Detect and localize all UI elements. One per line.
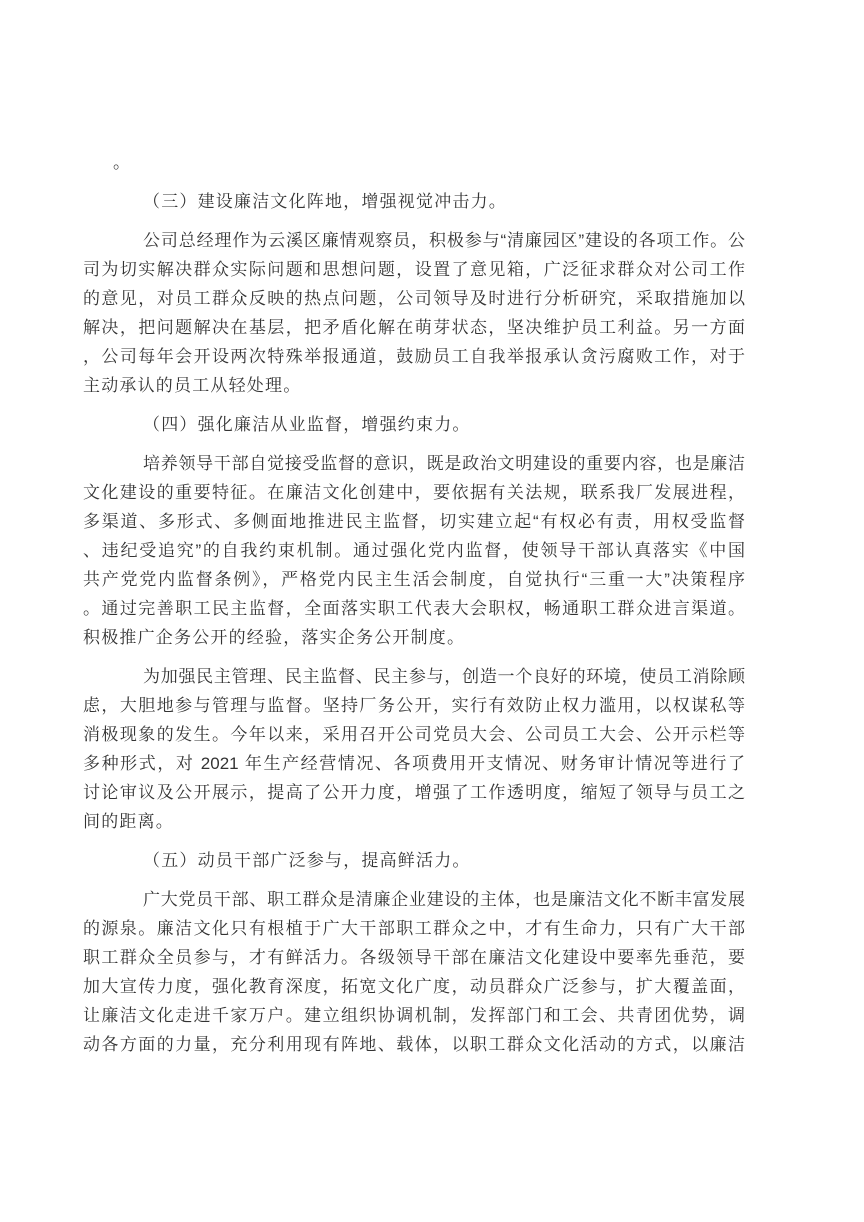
heading-text-line: （三）建设廉洁文化阵地，增强视觉冲击力。 xyxy=(83,187,745,216)
text-line: 。 xyxy=(83,148,745,177)
text-line: 积极推广企务公开的经验，落实企务公开制度。 xyxy=(83,623,745,652)
text-line: 公司总经理作为云溪区廉情观察员，积极参与“清廉园区”建设的各项工作。公 xyxy=(83,226,745,255)
text-line: 多渠道、多形式、多侧面地推进民主监督，切实建立起“有权必有责，用权受监督 xyxy=(83,507,745,536)
text-line: 广大党员干部、职工群众是清廉企业建设的主体，也是廉洁文化不断丰富发展 xyxy=(83,885,745,914)
text-line: 共产党党内监督条例》，严格党内民主生活会制度，自觉执行“三重一大”决策程序 xyxy=(83,565,745,594)
paragraph: 公司总经理作为云溪区廉情观察员，积极参与“清廉园区”建设的各项工作。公司为切实解… xyxy=(83,226,745,400)
text-line: 间的距离。 xyxy=(83,807,745,836)
text-line: 主动承认的员工从轻处理。 xyxy=(83,371,745,400)
text-line: 多种形式，对 2021 年生产经营情况、各项费用开支情况、财务审计情况等进行了 xyxy=(83,749,745,778)
paragraph: 广大党员干部、职工群众是清廉企业建设的主体，也是廉洁文化不断丰富发展的源泉。廉洁… xyxy=(83,885,745,1059)
section-heading: （三）建设廉洁文化阵地，增强视觉冲击力。 xyxy=(83,187,745,216)
text-line: 职工群众全员参与，才有鲜活力。各级领导干部在廉洁文化建设中要率先垂范，要 xyxy=(83,943,745,972)
section-heading: （四）强化廉洁从业监督，增强约束力。 xyxy=(83,410,745,439)
text-line: 消极现象的发生。今年以来，采用召开公司党员大会、公司员工大会、公开示栏等 xyxy=(83,720,745,749)
text-line: 。通过完善职工民主监督，全面落实职工代表大会职权，畅通职工群众进言渠道。 xyxy=(83,594,745,623)
text-line: 的意见，对员工群众反映的热点问题，公司领导及时进行分析研究，采取措施加以 xyxy=(83,284,745,313)
heading-text-line: （四）强化廉洁从业监督，增强约束力。 xyxy=(83,410,745,439)
heading-text-line: （五）动员干部广泛参与，提高鲜活力。 xyxy=(83,846,745,875)
paragraph: 为加强民主管理、民主监督、民主参与，创造一个良好的环境，使员工消除顾虑，大胆地参… xyxy=(83,662,745,836)
text-line: 的源泉。廉洁文化只有根植于广大干部职工群众之中，才有生命力，只有广大干部 xyxy=(83,914,745,943)
text-line: 让廉洁文化走进千家万户。建立组织协调机制，发挥部门和工会、共青团优势，调 xyxy=(83,1001,745,1030)
text-line: 动各方面的力量，充分利用现有阵地、载体，以职工群众文化活动的方式，以廉洁 xyxy=(83,1030,745,1059)
paragraph: 培养领导干部自觉接受监督的意识，既是政治文明建设的重要内容，也是廉洁文化建设的重… xyxy=(83,449,745,652)
section-heading: （五）动员干部广泛参与，提高鲜活力。 xyxy=(83,846,745,875)
text-line: 培养领导干部自觉接受监督的意识，既是政治文明建设的重要内容，也是廉洁 xyxy=(83,449,745,478)
text-line: 司为切实解决群众实际问题和思想问题，设置了意见箱，广泛征求群众对公司工作 xyxy=(83,255,745,284)
text-line: ，公司每年会开设两次特殊举报通道，鼓励员工自我举报承认贪污腐败工作，对于 xyxy=(83,342,745,371)
text-line: 虑，大胆地参与管理与监督。坚持厂务公开，实行有效防止权力滥用，以权谋私等 xyxy=(83,691,745,720)
document-text: 。（三）建设廉洁文化阵地，增强视觉冲击力。公司总经理作为云溪区廉情观察员，积极参… xyxy=(83,148,745,1069)
document-page: 。（三）建设廉洁文化阵地，增强视觉冲击力。公司总经理作为云溪区廉情观察员，积极参… xyxy=(0,0,864,1222)
text-line: 加大宣传力度，强化教育深度，拓宽文化广度，动员群众广泛参与，扩大覆盖面， xyxy=(83,972,745,1001)
text-line: 讨论审议及公开展示，提高了公开力度，增强了工作透明度，缩短了领导与员工之 xyxy=(83,778,745,807)
paragraph-fragment: 。 xyxy=(83,148,745,177)
text-line: 、违纪受追究”的自我约束机制。通过强化党内监督，使领导干部认真落实《中国 xyxy=(83,536,745,565)
text-line: 解决，把问题解决在基层，把矛盾化解在萌芽状态，坚决维护员工利益。另一方面 xyxy=(83,313,745,342)
text-line: 文化建设的重要特征。在廉洁文化创建中，要依据有关法规，联系我厂发展进程， xyxy=(83,478,745,507)
text-line: 为加强民主管理、民主监督、民主参与，创造一个良好的环境，使员工消除顾 xyxy=(83,662,745,691)
